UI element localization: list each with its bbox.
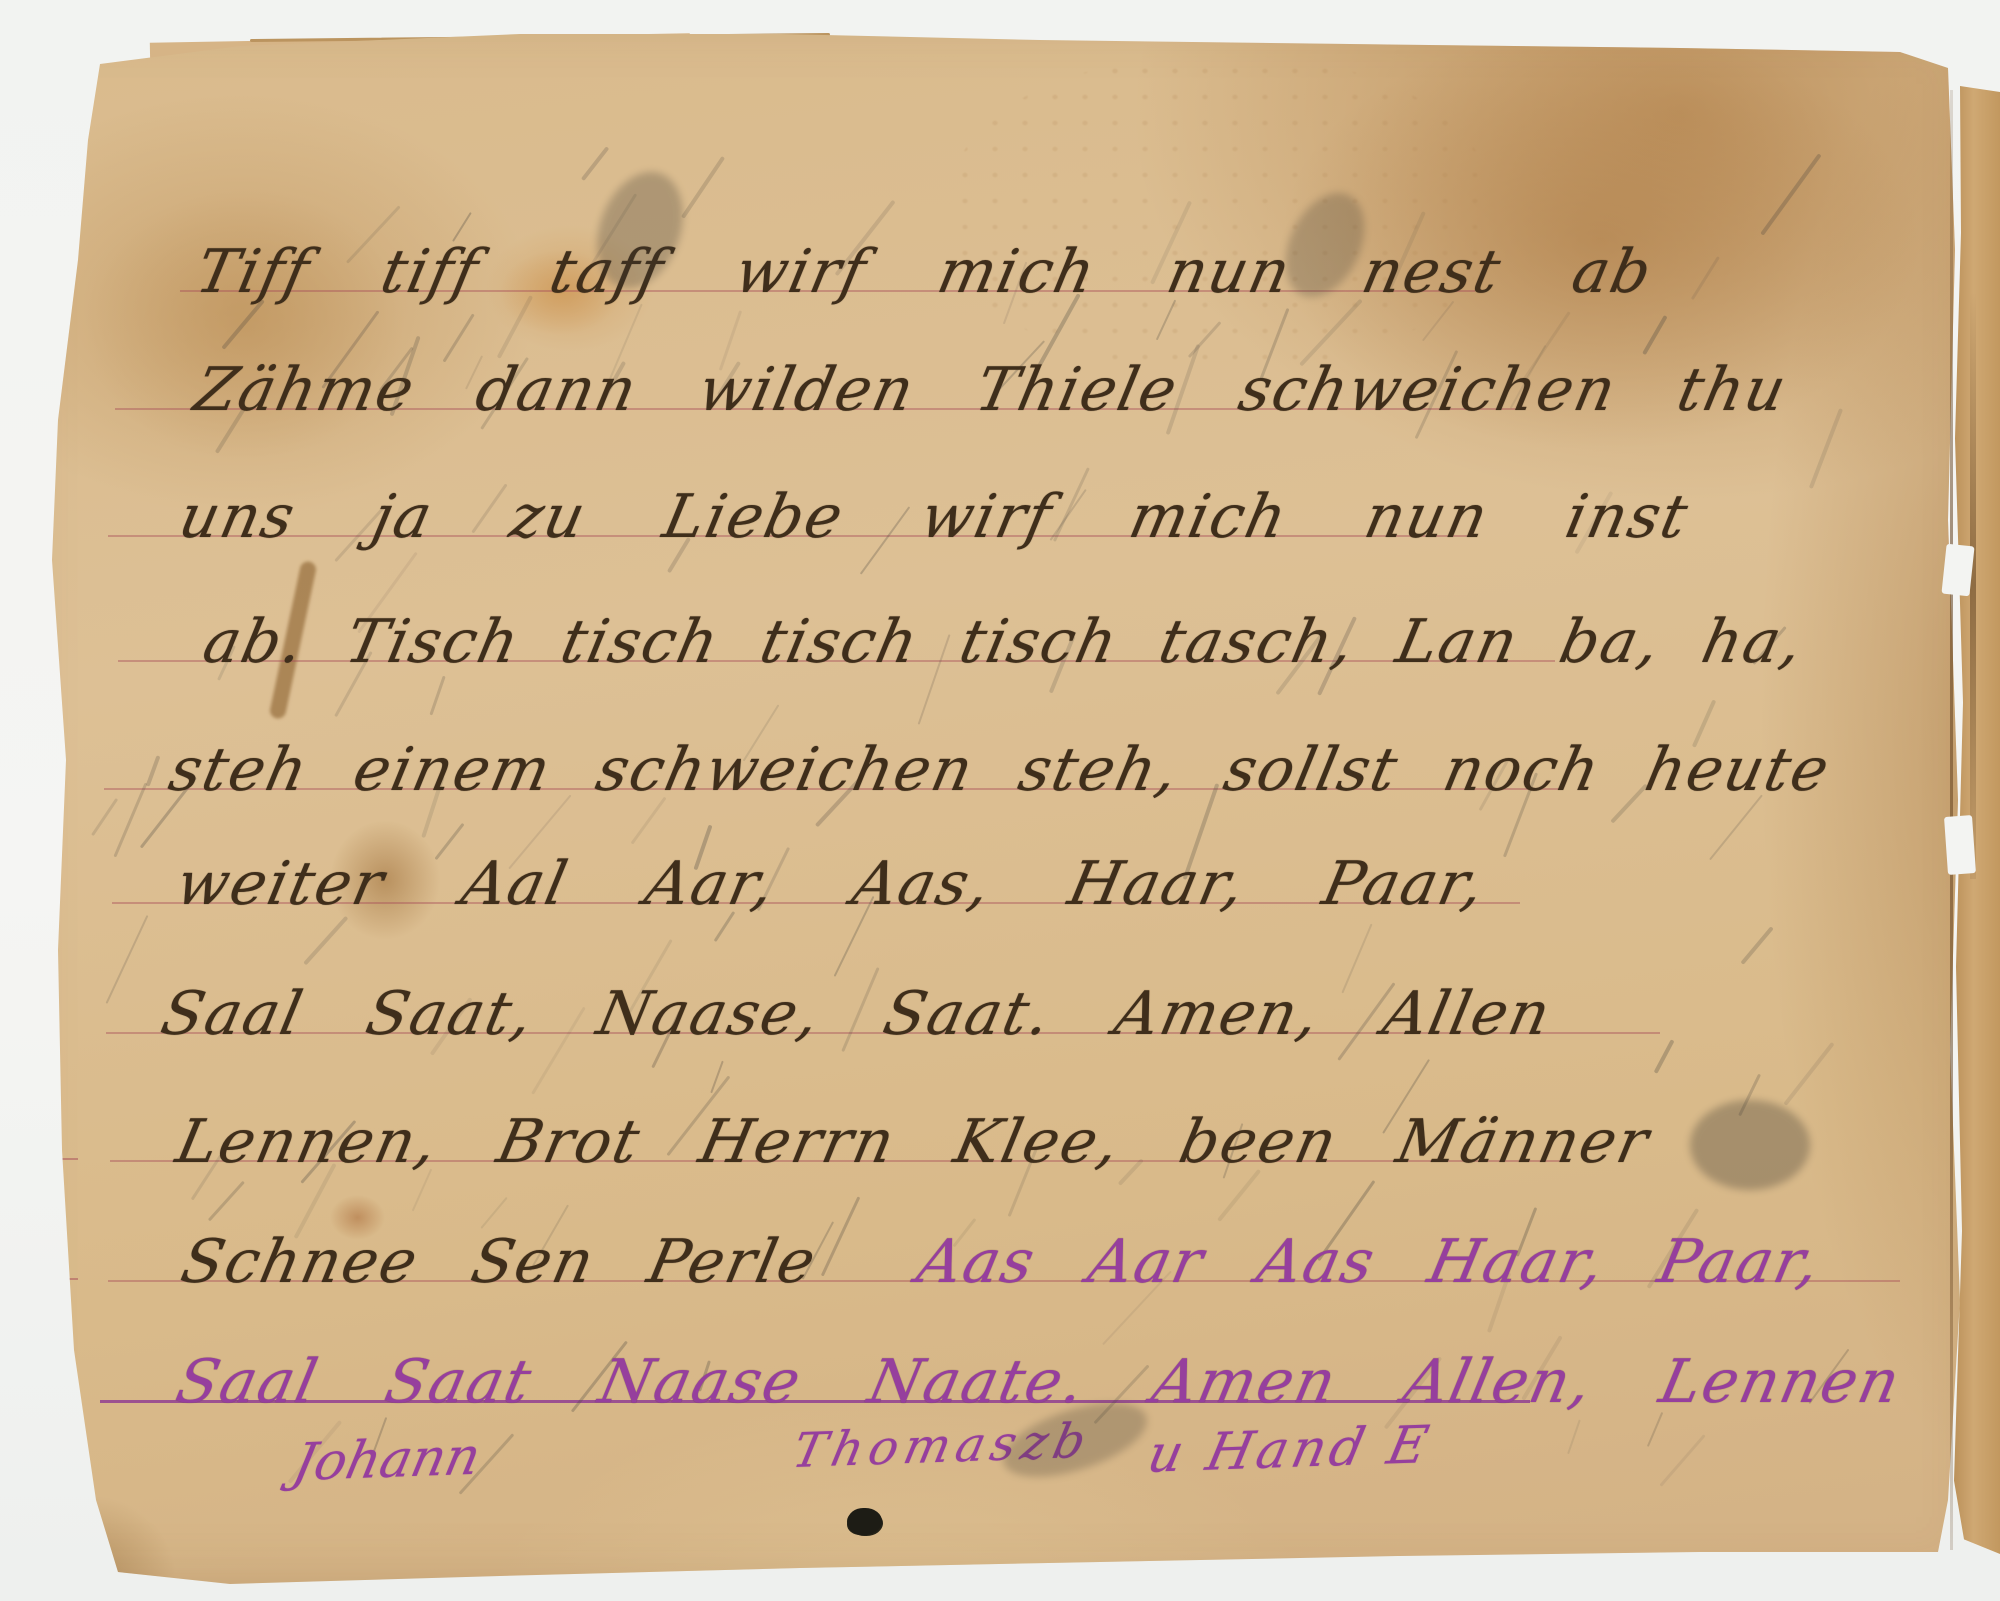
line-text: Aas Aar Aas Haar, Paar,	[906, 1202, 1833, 1322]
signature-name: Johann	[288, 1427, 486, 1493]
graphite-smudge	[1690, 1100, 1810, 1190]
signature-flourish: u Hand E	[1142, 1415, 1437, 1485]
ink-blot	[848, 1508, 882, 1535]
handwritten-line: weiter Aal Aar, Aas, Haar, Paar,	[165, 824, 1497, 944]
corner-fold	[92, 1430, 242, 1580]
torn-gap	[1941, 544, 1974, 597]
handwritten-line: Schnee Sen Perle Aas Aar Aas Haar, Paar,	[170, 1202, 1833, 1322]
line-text: Lennen, Brot Herrn Klee, been Männer	[165, 1082, 1661, 1202]
line-text: Saal Saat, Naase, Saat. Amen, Allen	[150, 954, 1563, 1074]
handwritten-line: Saal Saat, Naase, Saat. Amen, Allen	[150, 954, 1563, 1074]
line-text: steh einem schweichen steh, sollst noch …	[158, 710, 1842, 830]
handwritten-line: uns ja zu Liebe wirf mich nun inst	[168, 457, 1701, 577]
signature-flourish: Thomaszb	[788, 1413, 1097, 1479]
line-text: uns ja zu Liebe wirf mich nun inst	[168, 457, 1701, 577]
line-text: Zähme dann wilden Thiele schweichen thu	[183, 330, 1799, 450]
handwritten-line: Tiff tiff taff wirf mich nun nest ab	[185, 212, 1665, 332]
manuscript-page: Tiff tiff taff wirf mich nun nest ab Zäh…	[0, 0, 2000, 1601]
handwritten-line: Lennen, Brot Herrn Klee, been Männer	[165, 1082, 1661, 1202]
torn-gap	[1944, 815, 1976, 875]
line-text: ab. Tisch tisch tisch tisch tasch, Lan b…	[192, 582, 1816, 702]
line-text: Schnee Sen Perle	[170, 1202, 828, 1322]
line-text: weiter Aal Aar, Aas, Haar, Paar,	[165, 824, 1497, 944]
handwritten-line: steh einem schweichen steh, sollst noch …	[158, 710, 1842, 830]
handwritten-line: ab. Tisch tisch tisch tisch tasch, Lan b…	[192, 582, 1816, 702]
handwritten-line: Zähme dann wilden Thiele schweichen thu	[183, 330, 1799, 450]
scanner-background: Tiff tiff taff wirf mich nun nest ab Zäh…	[0, 0, 2000, 1601]
gutter-shadow	[1970, 292, 1976, 879]
line-text: Tiff tiff taff wirf mich nun nest ab	[185, 212, 1665, 332]
